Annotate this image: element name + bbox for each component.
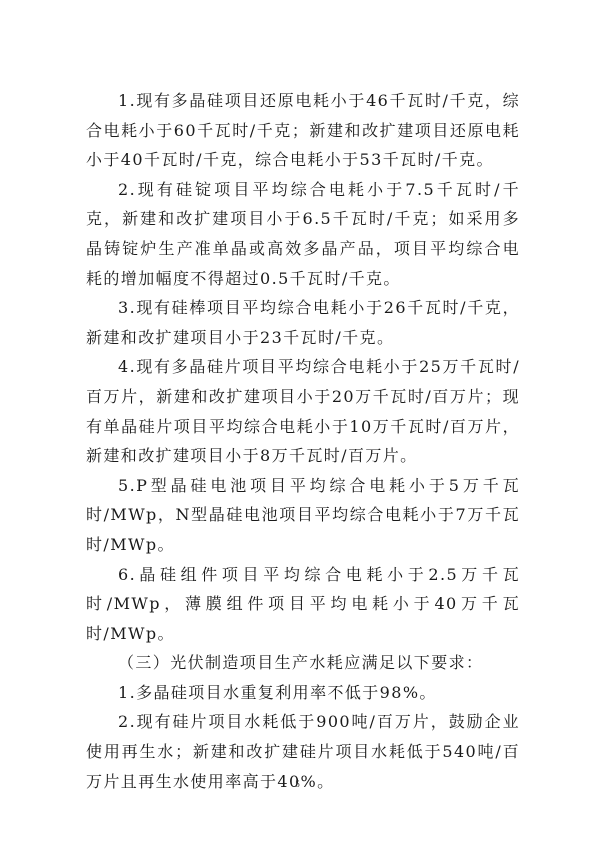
paragraph-wafer-power: 4.现有多晶硅片项目平均综合电耗小于25万千瓦时/百万片，新建和改扩建项目小于2… [86,352,520,470]
paragraph-rod-power: 3.现有硅棒项目平均综合电耗小于26千瓦时/千克，新建和改扩建项目小于23千瓦时… [86,293,520,352]
paragraph-polysilicon-water: 1.多晶硅项目水重复利用率不低于98%。 [86,678,520,708]
document-body: 1.现有多晶硅项目还原电耗小于46千瓦时/千克，综合电耗小于60千瓦时/千克；新… [86,86,520,796]
paragraph-module-power: 6.晶硅组件项目平均综合电耗小于2.5万千瓦时/MWp，薄膜组件项目平均电耗小于… [86,560,520,649]
paragraph-cell-power: 5.P型晶硅电池项目平均综合电耗小于5万千瓦时/MWp，N型晶硅电池项目平均综合… [86,471,520,560]
paragraph-polysilicon-power: 1.现有多晶硅项目还原电耗小于46千瓦时/千克，综合电耗小于60千瓦时/千克；新… [86,86,520,175]
section-heading-water: （三）光伏制造项目生产水耗应满足以下要求： [86,648,520,678]
paragraph-ingot-power: 2.现有硅锭项目平均综合电耗小于7.5千瓦时/千克，新建和改扩建项目小于6.5千… [86,175,520,293]
page-number: 5 [0,779,595,789]
